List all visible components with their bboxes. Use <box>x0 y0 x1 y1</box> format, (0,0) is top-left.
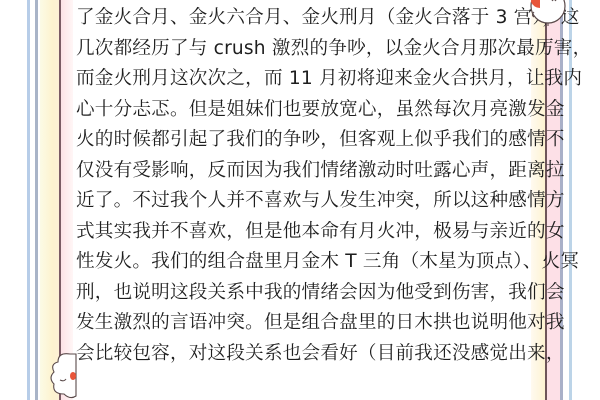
text-line: 仅没有受影响，反而因为我们情绪激动时吐露心声，距离拉 <box>76 156 532 187</box>
text-line: 而金火刑月这次次之，而 11 月初将迎来金火合拱月，让我内 <box>76 64 532 95</box>
text-line: 几次都经历了与 crush 激烈的争吵，以金火合月那次最厉害， <box>76 34 532 65</box>
left-border-gray-stripe <box>35 0 38 400</box>
left-border-cream-stripe <box>40 0 60 400</box>
text-line: 发生激烈的言语冲突。但是组合盘里的日木拱也说明他对我 <box>76 308 532 339</box>
left-border-blue-stripe <box>27 0 30 400</box>
right-border-blue-stripe <box>569 0 572 400</box>
article-body: 了金火合月、金火六合月、金火刑月（金火合落于 3 宫），这 几次都经历了与 cr… <box>76 3 532 369</box>
left-border-pink-stripe <box>61 0 73 400</box>
cartoon-cloud-icon <box>48 350 78 400</box>
document-page: 了金火合月、金火六合月、金火刑月（金火合落于 3 宫），这 几次都经历了与 cr… <box>0 0 600 400</box>
text-line: 火的时候都引起了我们的争吵，但客观上似乎我们的感情不 <box>76 125 532 156</box>
text-line: 刑，也说明这段关系中我的情绪会因为他受到伤害，我们会 <box>76 278 532 309</box>
text-line: 心十分忐忑。但是姐妹们也要放宽心，虽然每次月亮激发金 <box>76 95 532 126</box>
cartoon-character-icon <box>528 0 568 26</box>
text-line: 会比较包容，对这段关系也会看好（目前我还没感觉出来， <box>76 339 532 370</box>
text-line: 性发火。我们的组合盘里月金木 T 三角（木星为顶点）、火冥 <box>76 247 532 278</box>
text-line: 式其实我并不喜欢，但是他本命有月火冲，极易与亲近的女 <box>76 217 532 248</box>
text-line: 近了。不过我个人并不喜欢与人发生冲突，所以这种感情方 <box>76 186 532 217</box>
text-line: 了金火合月、金火六合月、金火刑月（金火合落于 3 宫），这 <box>76 3 532 34</box>
